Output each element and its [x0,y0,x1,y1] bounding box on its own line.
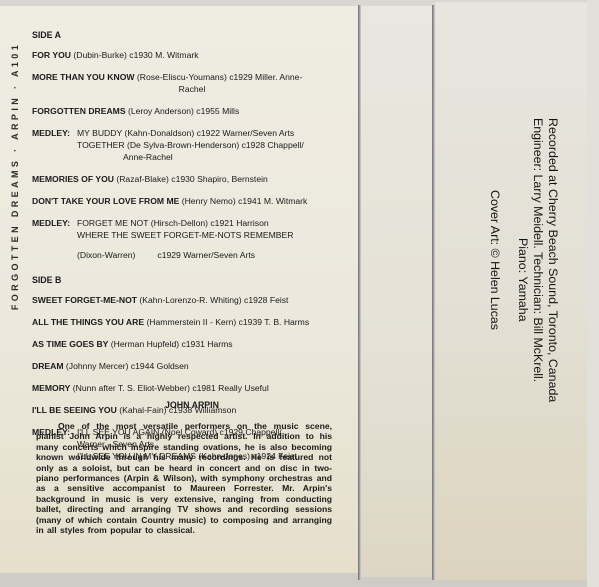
track-credits: (Razaf-Blake) c1930 Shapiro, Bernstein [116,174,267,184]
track-title: DREAM [32,361,64,371]
medley-item: MEDLEY: MY BUDDY (Kahn-Donaldson) c1922 … [32,127,352,163]
track-title: FORGET ME NOT [77,218,148,228]
track-credits: c1929 Warner/Seven Arts [157,250,255,260]
track-item: FORGOTTEN DREAMS (Leroy Anderson) c1955 … [32,105,352,117]
track-credits-continued: Anne-Rachel [77,152,173,162]
track-credits: (Kahn-Lorenzo-R. Whiting) c1928 Feist [139,295,288,305]
track-title: AS TIME GOES BY [32,339,108,349]
track-credits: (De Sylva-Brown-Henderson) c1928 Chappel… [127,140,304,150]
track-item: SWEET FORGET-ME-NOT (Kahn-Lorenzo-R. Whi… [32,294,352,306]
spine-title: FORGOTTEN DREAMS · ARPIN · A101 [4,46,26,306]
engineer-credit: Engineer: Larry Meidell. Technician: Bil… [530,118,545,508]
fold-crease [358,5,361,580]
track-credits: (Dixon-Warren) [77,250,135,260]
bio-heading: JOHN ARPIN [32,400,352,410]
track-credits: (Nunn after T. S. Eliot-Webber) c1981 Re… [73,383,269,393]
recorded-at: Recorded at Cherry Beach Sound, Toronto,… [545,118,560,508]
track-title: SWEET FORGET-ME-NOT [32,295,137,305]
track-title: TOGETHER [77,140,125,150]
track-credits: (Kahn-Donaldson) c1922 Warner/Seven Arts [124,128,294,138]
track-credits: (Rose-Eliscu-Youmans) c1929 Miller. Anne… [137,72,302,82]
track-title: MY BUDDY [77,128,122,138]
track-credits: (Herman Hupfeld) c1931 Harms [111,339,233,349]
track-title: FORGOTTEN DREAMS [32,106,126,116]
fold-crease [432,5,435,580]
track-credits: (Johnny Mercer) c1944 Goldsen [66,361,189,371]
track-credits: (Hirsch-Dellon) c1921 Harrison [151,218,269,228]
track-item: DREAM (Johnny Mercer) c1944 Goldsen [32,360,352,372]
track-item: MEMORY (Nunn after T. S. Eliot-Webber) c… [32,382,352,394]
track-item: MEMORIES OF YOU (Razaf-Blake) c1930 Shap… [32,173,352,185]
track-title: MEMORIES OF YOU [32,174,114,184]
track-title: DON'T TAKE YOUR LOVE FROM ME [32,196,179,206]
side-a-label: SIDE A [32,30,352,40]
medley-label: MEDLEY: [32,127,77,163]
piano-credit: Piano: Yamaha [516,118,531,508]
track-credits: (Hammerstein II - Kern) c1939 T. B. Harm… [146,317,309,327]
track-credits: (Dubin-Burke) c1930 M. Witmark [73,50,198,60]
track-credits: (Leroy Anderson) c1955 Mills [128,106,239,116]
medley-item: MEDLEY: FORGET ME NOT (Hirsch-Dellon) c1… [32,217,352,261]
cover-art-credit: Cover Art: © Helen Lucas [487,118,502,508]
bio-text: One of the most versatile performers on … [36,421,332,535]
track-title: WHERE THE SWEET FORGET-ME-NOTS REMEMBER [77,230,293,240]
track-item: AS TIME GOES BY (Herman Hupfeld) c1931 H… [32,338,352,350]
side-b-label: SIDE B [32,275,352,285]
track-credits: (Henry Nemo) c1941 M. Witmark [182,196,308,206]
spine-title-text: FORGOTTEN DREAMS · ARPIN · A101 [10,42,20,310]
track-title: ALL THE THINGS YOU ARE [32,317,144,327]
track-title: FOR YOU [32,50,71,60]
recording-credits: Recorded at Cherry Beach Sound, Toronto,… [460,118,570,508]
track-credits-continued: Rachel [32,83,352,95]
track-item: FOR YOU (Dubin-Burke) c1930 M. Witmark [32,49,352,61]
j-card-spine-panel [361,6,432,577]
track-item: DON'T TAKE YOUR LOVE FROM ME (Henry Nemo… [32,195,352,207]
medley-label: MEDLEY: [32,217,77,261]
track-title: MORE THAN YOU KNOW [32,72,135,82]
background-right [587,0,599,587]
track-title: MEMORY [32,383,70,393]
track-item: ALL THE THINGS YOU ARE (Hammerstein II -… [32,316,352,328]
track-item: MORE THAN YOU KNOW (Rose-Eliscu-Youmans)… [32,71,352,95]
